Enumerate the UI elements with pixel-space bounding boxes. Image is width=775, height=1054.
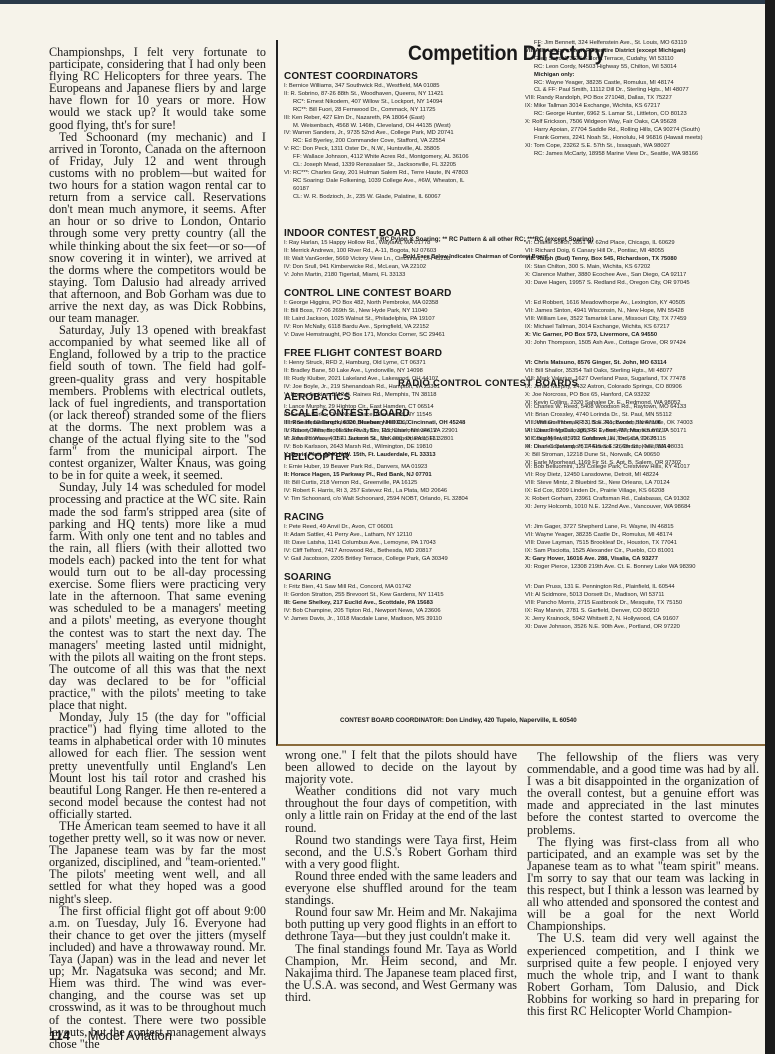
directory-entry: V: Gail Jacobson, 2205 Britley Terrace, … [284, 556, 448, 564]
article-paragraph: Round two standings were Taya first, Hei… [285, 834, 517, 870]
directory-entry: VIII: Pancho Morris, 2715 Eastbrook Dr.,… [525, 600, 682, 608]
directory-entry: Harry Apoian, 27704 Saddle Rd., Rolling … [525, 127, 703, 135]
directory-entry: VII: Richard Doig, 6 Canary Hill Dr., Po… [525, 248, 690, 256]
directory-entry: CL: W. R. Bodzioch, Jr., 235 W. Glade, P… [284, 194, 469, 202]
directory-entry: IX: Ray Marvin, 2781 S. Garfield, Denver… [525, 608, 682, 616]
directory-entry: X: Jerry Krainock, 5942 Whitsett 2, N. H… [525, 616, 682, 624]
directory-entry: VII: All events, except RC, entire Distr… [525, 48, 703, 56]
directory-entry: X: Craig Millet, 25751 Coldbook, El Toro… [525, 436, 693, 444]
directory-entry: VIII: Steve Mintz, 2 Bluebird St., New O… [525, 480, 691, 488]
directory-entry: VI: Bob Belluomini, 129 College Park, Cr… [525, 464, 691, 472]
directory-entry: III: Dave Latsha, 1141 Columbus Ave., Le… [284, 540, 448, 548]
directory-entry: XI: Jerry Holcomb, 1010 N.E. 122nd Ave.,… [525, 504, 691, 512]
board-helicopter-right: VI: Bob Belluomini, 129 College Park, Cr… [525, 464, 691, 511]
directory-entry: III: Bill Curtis, 218 Vernon Rd., Greenv… [284, 480, 468, 488]
directory-entry: VI: Jim Gager, 3727 Shepherd Lane, Ft. W… [525, 524, 695, 532]
section-heading: FREE FLIGHT CONTEST BOARD [284, 348, 442, 360]
directory-entry: X: Bill Stroman, 12218 Dune St., Norwalk… [525, 452, 686, 460]
directory-entry: IV: Bob Karlsson, 2643 Marsh Rd., Wilmin… [284, 444, 439, 452]
section-heading: AEROBATICS [284, 392, 465, 404]
directory-entry: Greg Seydel, 3625 E. Iona Terrace, Cudah… [525, 56, 703, 64]
directory-entry: VIII: Dave Layman, 7515 Brookleaf Dr., H… [525, 540, 695, 548]
directory-entry: I: Henry Struck, RFD 2, Hamburg, Old Lym… [284, 360, 442, 368]
directory-entry: I: Ray Harlan, 15 Happy Hollow Rd., Wayl… [284, 240, 450, 248]
directory-entry: I: Bernice Williams, 347 Southwick Rd., … [284, 83, 469, 91]
directory-entry: IV: Stacey Mills, Brookside Rt. 3, Box 1… [284, 428, 465, 436]
directory-entry: III: Gene Shelkey, 217 Euclid Ave., Scot… [284, 600, 444, 608]
directory-entry: RC: James McCarty, 18958 Marine View Dr.… [525, 151, 703, 159]
directory-entry: I: George Higgins, PO Box 482, North Pem… [284, 300, 451, 308]
directory-entry: I: Pete Reed, 49 Anvil Dr., Avon, CT 060… [284, 524, 448, 532]
directory-entry: FF: Wallace Johnson, 4112 White Acres Rd… [284, 154, 469, 162]
directory-entry: IX: Loren Tregellas, 3003 S. Everett, Wi… [525, 428, 693, 436]
directory-entry: VI: RC***: Charles Gray, 201 Hulman Sale… [284, 170, 469, 178]
board-control-line-contest-board-right: VI: Ed Robbert, 1616 Meadowthorpe Av., L… [525, 300, 686, 347]
directory-entry: VI: Dan Pruss, 131 E. Pennington Rd., Pl… [525, 584, 682, 592]
article-paragraph: Weather conditions did not vary much thr… [285, 785, 517, 833]
directory-entry: RC: Wayne Yeager, 38235 Castle, Romulus,… [525, 80, 703, 88]
directory-entry: RC*: Ernest Nikodem, 407 Willow St., Loc… [284, 99, 469, 107]
directory-entry: II: Merrick Andrews, 100 River Rd., A-11… [284, 248, 450, 256]
section-heading: CONTEST COORDINATORS [284, 71, 469, 83]
directory-entry: X: Vic Garner, PO Box 573, Livermore, CA… [525, 332, 686, 340]
page-binding-edge [765, 0, 775, 1054]
directory-entry: VI: Charles W. Reed, 5408 Woodson Rd., R… [525, 404, 693, 412]
article-right-column: The fellowship of the fliers was very co… [527, 751, 759, 1017]
board-soaring-right: VI: Dan Pruss, 131 E. Pennington Rd., Pl… [525, 584, 682, 631]
page-number: 114 [49, 1028, 70, 1043]
directory-entry: VII: Roy Dietz, 12450 Lansdowne, Detroit… [525, 472, 691, 480]
directory-entry: X: Rolf Erickson, 7506 Widgeon Way, Fair… [525, 119, 703, 127]
directory-entry: II: Bill Boss, 77-06 269th St., New Hyde… [284, 308, 451, 316]
directory-entry: M. Weisenbach, 4568 W. 146th, Cleveland,… [284, 123, 469, 131]
section-heading: RACING [284, 512, 448, 524]
directory-entry: IX: Sam Pisciotta, 1525 Alexander Cir., … [525, 548, 695, 556]
directory-entry: VI: Chris Matsuno, 8576 Ginger, St. John… [525, 360, 686, 368]
page-top-edge [0, 0, 775, 4]
article-paragraph: THe American team seemed to have it all … [49, 820, 266, 905]
directory-entry: II: R. Sobrino, 87-26 88th St., Woodhave… [284, 91, 469, 99]
article-paragraph: Sunday, July 14 was scheduled for model … [49, 481, 266, 711]
section-heading: SOARING [284, 572, 444, 584]
board-soaring-left: SOARINGI: Fritz Bien, 41 Saw Mill Rd., C… [284, 572, 444, 624]
publication-name: Model Aviation [88, 1028, 172, 1043]
board-indoor-contest-board-left: INDOOR CONTEST BOARDI: Ray Harlan, 15 Ha… [284, 228, 450, 280]
directory-entry: XI: Dave Hagen, 19957 S. Redland Rd., Or… [525, 280, 690, 288]
directory-entry: IV: Robert F. Harris, Rt 3, 257 Estevez … [284, 488, 468, 496]
directory-entry: IV: Cliff Telford, 7417 Arrowood Rd., Be… [284, 548, 448, 556]
directory-entry: II: Gordon Stratton, 255 Brevoort St., K… [284, 592, 444, 600]
directory-entry: V: RC: Don Peck, 1311 Oster Dr., N.W., H… [284, 146, 469, 154]
directory-entry: I: Ernie Huber, 19 Beaver Park Rd., Danv… [284, 464, 468, 472]
board-helicopter-left: HELICOPTERI: Ernie Huber, 19 Beaver Park… [284, 452, 468, 504]
directory-entry: XI: John Thompson, 1505 Ash Ave., Cottag… [525, 340, 686, 348]
article-paragraph: Round three ended with the same leaders … [285, 870, 517, 906]
board-aerobatics-right: VI: Charles W. Reed, 5408 Woodson Rd., R… [525, 404, 693, 451]
article-paragraph: The flying was first-class from all who … [527, 836, 759, 933]
directory-entry: X: Joe Norcross, PO Box 65, Hanford, CA … [525, 392, 686, 400]
directory-entry: XI: Roger Pierce, 12308 219th Ave. Ct. E… [525, 564, 695, 572]
directory-entry: V: Dave Hemstraught, PO Box 171, Moncks … [284, 332, 451, 340]
page-footer: 114 Model Aviation [49, 1028, 172, 1043]
directory-entry: VI: Charlie Solich, 3851 W. 62nd Place, … [525, 240, 690, 248]
board-control-line-contest-board-left: CONTROL LINE CONTEST BOARDI: George Higg… [284, 288, 451, 340]
directory-entry: III: Ron Hesselbrock, 6320 Blueberry Hil… [284, 420, 465, 428]
directory-entry: XI: Tom Cope, 23262 S.E. 57th St., Issaq… [525, 143, 703, 151]
directory-entry: IX: Michael Tallman, 3014 Exchange, Wich… [525, 324, 686, 332]
article-paragraph: Championshps, I felt very fortunate to p… [49, 46, 266, 131]
board-racing-left: RACINGI: Pete Reed, 49 Anvil Dr., Avon, … [284, 512, 448, 564]
directory-entry: Michigan only: [525, 72, 703, 80]
directory-entry: RC Soaring: Dale Folkening, 1039 College… [284, 178, 469, 186]
directory-entry: RC: Leon Cordy, N4503 Highway 55, Chilto… [525, 64, 703, 72]
board-coordinator: CONTEST BOARD COORDINATOR: Don Lindley, … [340, 717, 577, 724]
rc-boards-header: RADIO CONTROL CONTEST BOARDS [398, 378, 578, 389]
directory-entry: X: Gary Hover, 16016 Ave. 288, Visalia, … [525, 556, 695, 564]
article-paragraph: Saturday, July 13 opened with breakfast … [49, 324, 266, 481]
directory-entry: VIII: Randy Randolph, PO Box 271048, Dal… [525, 95, 703, 103]
directory-entry: I: Lance Murphy, 29 Hightop Cir., East H… [284, 404, 465, 412]
directory-entry: VI: Ed Robbert, 1616 Meadowthorpe Av., L… [525, 300, 686, 308]
directory-entry: Frank Gomes, 2241 Noah St., Honolulu, HI… [525, 135, 703, 143]
directory-entry: IV: Warren Sanders, Jr., 9735 52nd Ave.,… [284, 130, 469, 138]
directory-entry: III: Walt VanGorder, 5669 Victory View L… [284, 256, 450, 264]
directory-entry: IV: Don Srull, 941 Kimberwicke Rd., McLe… [284, 264, 450, 272]
article-paragraph: Monday, July 15 (the day for "official p… [49, 711, 266, 820]
directory-entry: V: John Martin, 2180 Tigertail, Miami, F… [284, 272, 450, 280]
section-heading: HELICOPTER [284, 452, 468, 464]
directory-entry: VIII: William Lee, 3522 Tamarisk Lane, M… [525, 316, 686, 324]
directory-entry: CL: Joseph Mead, 1339 Renssalaer St., Ja… [284, 162, 469, 170]
directory-entry: IX: Stan Chilton, 300 S. Main, Wichita, … [525, 264, 690, 272]
board-racing-right: VI: Jim Gager, 3727 Shepherd Lane, Ft. W… [525, 524, 695, 571]
directory-entry: V: John Thomas, 401 E. Jackson St., Ste.… [284, 436, 465, 444]
directory-entry: FF: Jim Bennett, 324 Helfenstein Ave., S… [525, 40, 703, 48]
article-middle-column: wrong one." I felt that the pilots shoul… [285, 749, 517, 1003]
contest-coordinators-left: CONTEST COORDINATORS I: Bernice Williams… [284, 71, 469, 202]
directory-entry: II: Horace Hagen, 15 Parkway Pl., Red Ba… [284, 472, 468, 480]
directory-entry: II: Adam Sattler, 41 Perry Ave., Latham,… [284, 532, 448, 540]
directory-entry: III: Ken Reber, 427 Elm Dr., Nazareth, P… [284, 115, 469, 123]
directory-entry: VII: James Sinton, 4941 Wisconsin, N., N… [525, 308, 686, 316]
directory-entry: VII: Bill Shailor, 35354 Tall Oaks, Ster… [525, 368, 686, 376]
directory-entry: X: Clarence Mather, 3880 Ecochee Ave., S… [525, 272, 690, 280]
section-heading: INDOOR CONTEST BOARD [284, 228, 450, 240]
board-aerobatics-left: AEROBATICSI: Lance Murphy, 29 Hightop Ci… [284, 392, 465, 444]
board-indoor-contest-board-right: VI: Charlie Solich, 3851 W. 62nd Place, … [525, 240, 690, 287]
article-paragraph: The fellowship of the fliers was very co… [527, 751, 759, 836]
contest-coordinators-right: FF: Jim Bennett, 324 Helfenstein Ave., S… [525, 40, 703, 159]
article-paragraph: wrong one." I felt that the pilots shoul… [285, 749, 517, 785]
directory-entry: III: Laird Jackson, 1025 Walnut St., Phi… [284, 316, 451, 324]
directory-entry: RC: Ed Byerley, 200 Commander Cove, Staf… [284, 138, 469, 146]
directory-entry: VII: Wayne Yeager, 38235 Castle Dr., Rom… [525, 532, 695, 540]
directory-entry: RC: George Hunter, 6962 S. Lamar St., Li… [525, 111, 703, 119]
directory-entry: IX: Ed Cox, 8209 Linden Dr., Prairie Vil… [525, 488, 691, 496]
directory-entry: I: Fritz Bien, 41 Saw Mill Rd., Concord,… [284, 584, 444, 592]
directory-entry: V: Tim Schoonard, c/o Walt Schoonard, 25… [284, 496, 468, 504]
directory-entry: V: James Davis, Jr., 1018 Macdale Lane, … [284, 616, 444, 624]
directory-entry: IV: Bob Champine, 205 Tipton Rd., Newpor… [284, 608, 444, 616]
directory-entry: VIII: Ralph (Bud) Tenny, Box 545, Richar… [525, 256, 690, 264]
article-paragraph: Round four saw Mr. Heim and Mr. Nakajima… [285, 906, 517, 942]
article-paragraph: Ted Schoonard (my mechanic) and I arrive… [49, 131, 266, 325]
directory-entry: IX: Mike Tallman 3014 Exchange, Wichita,… [525, 103, 703, 111]
competition-directory: Competition Directory CONTEST COORDINATO… [276, 40, 765, 746]
directory-entry: II: Bradley Bane, 50 Lake Ave., Lyndonvi… [284, 368, 442, 376]
directory-entry: X: Robert Gorham, 23961 Craftsman Rd., C… [525, 496, 691, 504]
directory-entry: IV: Ron McNally, 6118 Bardu Ave., Spring… [284, 324, 451, 332]
directory-entry: 60187 [284, 186, 469, 194]
directory-entry: VIII: William Thomas, 331 S.E. Rockwood,… [525, 420, 693, 428]
directory-entry: CL & FF: Paul Smith, 11112 Dill Dr., Ste… [525, 87, 703, 95]
section-heading: CONTROL LINE CONTEST BOARD [284, 288, 451, 300]
directory-entry: RC**: Bill Fuori, 28 Fernwood Dr., Comma… [284, 107, 469, 115]
article-paragraph: The final standings found Mr. Taya as Wo… [285, 943, 517, 1003]
directory-entry: XI: Charles Davenport, 14415 S.E. 266th … [525, 444, 693, 452]
article-paragraph: The U.S. team did very well against the … [527, 932, 759, 1017]
directory-entry: VII: Al Scidmore, 5013 Dorsett Dr., Madi… [525, 592, 682, 600]
directory-entry: VII: Brian Crossley, 4740 Lorinda Dr., S… [525, 412, 693, 420]
directory-entry: XI: Dave Johnson, 3526 N.E. 90th Ave., P… [525, 624, 682, 632]
article-left-column: Championshps, I felt very fortunate to p… [49, 46, 266, 1050]
directory-entry: II: George Berko, One North Place, Glen … [284, 412, 465, 420]
